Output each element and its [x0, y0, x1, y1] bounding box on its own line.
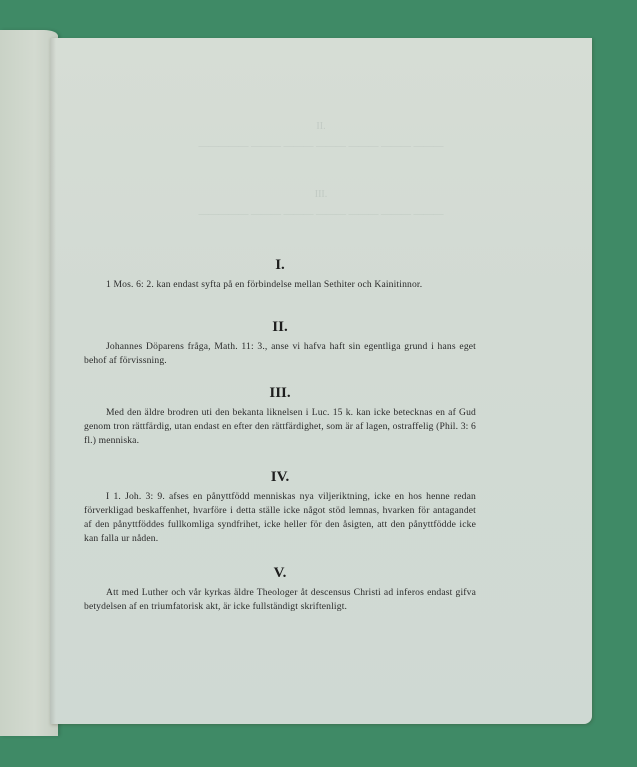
bleed-through-numeral: III.: [50, 188, 592, 202]
section-numeral: I.: [84, 256, 476, 274]
section-text: 1 Mos. 6: 2. kan endast syfta på en förb…: [84, 278, 476, 292]
document-page: II. ————— ——— ——— ——— ——— ——— ——— III. —…: [50, 38, 592, 724]
section-text: Johannes Döparens fråga, Math. 11: 3., a…: [84, 340, 476, 368]
section-numeral: V.: [84, 564, 476, 582]
section-text: Med den äldre brodren uti den bekanta li…: [84, 406, 476, 448]
section-text: Att med Luther och vår kyrkas äldre Theo…: [84, 586, 476, 614]
section-3: III. Med den äldre brodren uti den bekan…: [84, 384, 476, 448]
section-1: I. 1 Mos. 6: 2. kan endast syfta på en f…: [84, 256, 476, 292]
page-gutter: [50, 38, 56, 724]
bleed-through-text: ————— ——— ——— ——— ——— ——— ———: [50, 140, 592, 154]
bleed-through-text: ————— ——— ——— ——— ——— ——— ———: [50, 208, 592, 222]
section-numeral: IV.: [84, 468, 476, 486]
section-2: II. Johannes Döparens fråga, Math. 11: 3…: [84, 318, 476, 368]
section-4: IV. I 1. Joh. 3: 9. afses en pånyttfödd …: [84, 468, 476, 546]
section-text: I 1. Joh. 3: 9. afses en pånyttfödd menn…: [84, 490, 476, 546]
section-numeral: II.: [84, 318, 476, 336]
section-5: V. Att med Luther och vår kyrkas äldre T…: [84, 564, 476, 614]
section-numeral: III.: [84, 384, 476, 402]
bleed-through-numeral: II.: [50, 120, 592, 134]
